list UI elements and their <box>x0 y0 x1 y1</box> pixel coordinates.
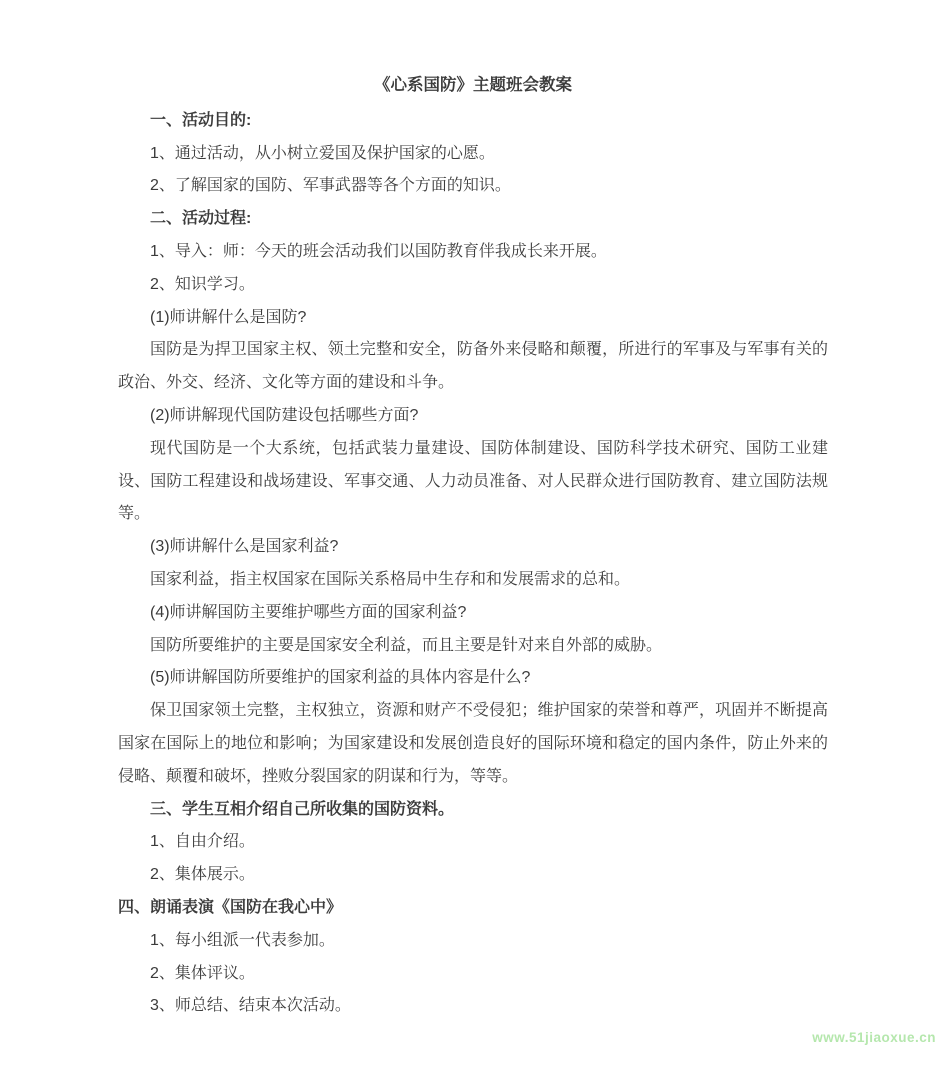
paragraph: 现代国防是一个大系统，包括武装力量建设、国防体制建设、国防科学技术研究、国防工业… <box>118 433 828 531</box>
watermark-text: www.51jiaoxue.cn <box>812 1030 936 1045</box>
paragraph: 国防所要维护的主要是国家安全利益，而且主要是针对来自外部的威胁。 <box>118 630 828 663</box>
paragraph: 2、知识学习。 <box>118 269 828 302</box>
paragraph: 1、通过活动，从小树立爱国及保护国家的心愿。 <box>118 138 828 171</box>
paragraph: 1、每小组派一代表参加。 <box>118 925 828 958</box>
paragraph: 2、了解国家的国防、军事武器等各个方面的知识。 <box>118 170 828 203</box>
paragraph: 1、导入：师：今天的班会活动我们以国防教育伴我成长来开展。 <box>118 236 828 269</box>
section-heading: 二、活动过程: <box>118 203 828 236</box>
paragraph: (5)师讲解国防所要维护的国家利益的具体内容是什么? <box>118 662 828 695</box>
section-heading: 三、学生互相介绍自己所收集的国防资料。 <box>118 794 828 827</box>
paragraph: 国家利益，指主权国家在国际关系格局中生存和和发展需求的总和。 <box>118 564 828 597</box>
paragraph: 1、自由介绍。 <box>118 826 828 859</box>
paragraph: 3、师总结、结束本次活动。 <box>118 990 828 1023</box>
paragraph: 保卫国家领土完整，主权独立，资源和财产不受侵犯；维护国家的荣誉和尊严，巩固并不断… <box>118 695 828 793</box>
paragraph: (4)师讲解国防主要维护哪些方面的国家利益? <box>118 597 828 630</box>
document-content: 《心系国防》主题班会教案 一、活动目的:1、通过活动，从小树立爱国及保护国家的心… <box>118 69 828 1023</box>
section-heading: 四、朗诵表演《国防在我心中》 <box>118 892 828 925</box>
paragraph: (1)师讲解什么是国防? <box>118 302 828 335</box>
paragraph: (2)师讲解现代国防建设包括哪些方面? <box>118 400 828 433</box>
document-body: 一、活动目的:1、通过活动，从小树立爱国及保护国家的心愿。2、了解国家的国防、军… <box>118 105 828 1023</box>
section-heading: 一、活动目的: <box>118 105 828 138</box>
document-page: 《心系国防》主题班会教案 一、活动目的:1、通过活动，从小树立爱国及保护国家的心… <box>0 0 945 1065</box>
paragraph: 国防是为捍卫国家主权、领土完整和安全，防备外来侵略和颠覆，所进行的军事及与军事有… <box>118 334 828 400</box>
paragraph: 2、集体评议。 <box>118 958 828 991</box>
paragraph: (3)师讲解什么是国家利益? <box>118 531 828 564</box>
document-title: 《心系国防》主题班会教案 <box>118 69 828 102</box>
paragraph: 2、集体展示。 <box>118 859 828 892</box>
